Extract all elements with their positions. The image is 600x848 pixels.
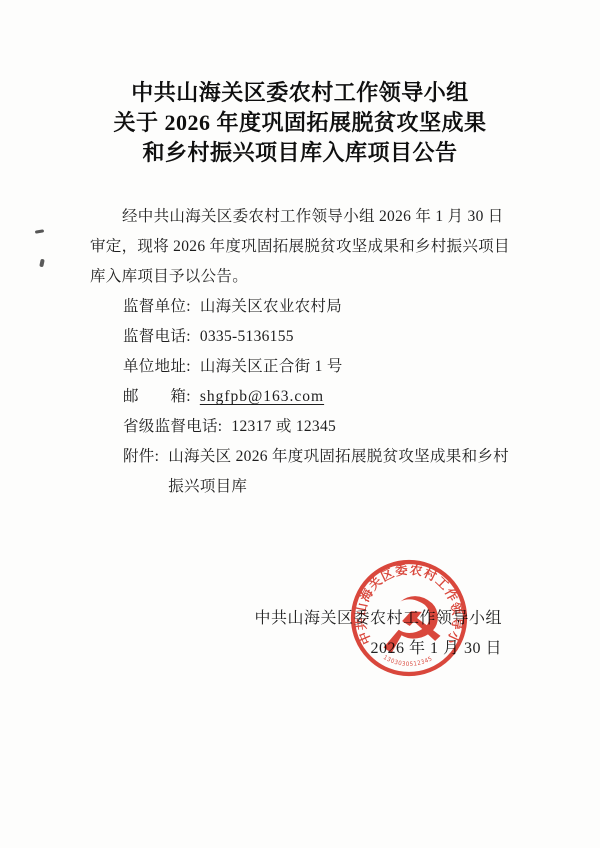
signature-org: 中共山海关区委农村工作领导小组 xyxy=(254,604,502,634)
paragraph-line-2: 审定，现将 2026 年度巩固拓展脱贫攻坚成果和乡村振兴项目 xyxy=(90,232,526,262)
info-label: 监督电话: xyxy=(123,322,191,352)
info-value: 0335-5136155 xyxy=(191,322,294,352)
paragraph-line-1: 经中共山海关区委农村工作领导小组 2026 年 1 月 30 日 xyxy=(90,202,526,232)
info-value: 12317 或 12345 xyxy=(222,412,336,442)
title-line-2: 关于 2026 年度巩固拓展脱贫攻坚成果 xyxy=(0,108,600,138)
document-body: 经中共山海关区委农村工作领导小组 2026 年 1 月 30 日 审定，现将 2… xyxy=(90,202,526,502)
signature-date: 2026 年 1 月 30 日 xyxy=(254,634,502,664)
document-title: 中共山海关区委农村工作领导小组 关于 2026 年度巩固拓展脱贫攻坚成果 和乡村… xyxy=(0,78,600,168)
info-value: 山海关区农业农村局 xyxy=(191,292,342,322)
info-label: 邮 箱: xyxy=(123,382,191,412)
title-line-3: 和乡村振兴项目库入库项目公告 xyxy=(0,138,600,168)
attachment-line-2: 振兴项目库 xyxy=(168,472,509,502)
attachment-label: 附件: xyxy=(123,442,159,502)
paragraph-line-3: 库入库项目予以公告。 xyxy=(90,262,526,292)
scanned-document-page: 中共山海关区委农村工作领导小组 关于 2026 年度巩固拓展脱贫攻坚成果 和乡村… xyxy=(0,0,600,848)
info-row-email: 邮 箱: shgfpb@163.com xyxy=(123,382,526,412)
info-label: 单位地址: xyxy=(123,352,191,382)
attachment-row: 附件: 山海关区 2026 年度巩固拓展脱贫攻坚成果和乡村 振兴项目库 xyxy=(123,442,526,502)
info-row-supervising-unit: 监督单位: 山海关区农业农村局 xyxy=(123,292,526,322)
scan-artifact-speck xyxy=(39,259,45,268)
info-label: 监督单位: xyxy=(123,292,191,322)
email-address: shgfpb@163.com xyxy=(191,382,324,412)
info-row-provincial-phone: 省级监督电话: 12317 或 12345 xyxy=(123,412,526,442)
attachment-line-1: 山海关区 2026 年度巩固拓展脱贫攻坚成果和乡村 xyxy=(168,442,509,472)
info-row-supervising-phone: 监督电话: 0335-5136155 xyxy=(123,322,526,352)
signature-block: 中共山海关区委农村工作领导小组 2026 年 1 月 30 日 xyxy=(254,604,502,664)
title-line-1: 中共山海关区委农村工作领导小组 xyxy=(0,78,600,108)
scan-artifact-speck xyxy=(35,229,44,234)
info-row-unit-address: 单位地址: 山海关区正合街 1 号 xyxy=(123,352,526,382)
info-label: 省级监督电话: xyxy=(123,412,222,442)
info-value: 山海关区正合街 1 号 xyxy=(191,352,343,382)
attachment-value: 山海关区 2026 年度巩固拓展脱贫攻坚成果和乡村 振兴项目库 xyxy=(159,442,509,502)
